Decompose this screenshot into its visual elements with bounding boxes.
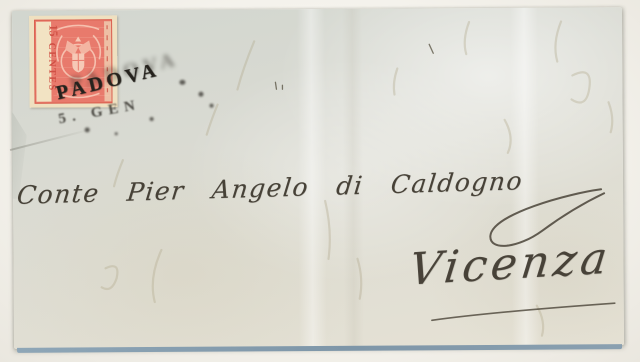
ink-smudge-dot (150, 117, 154, 121)
cover-photo: 15 CENTES (0, 0, 640, 362)
ink-smudge-dot (198, 92, 203, 97)
ink-smudge-dot (210, 104, 214, 108)
letter-cover: 15 CENTES (12, 7, 624, 349)
ink-smudge-dot (115, 132, 118, 135)
ink-smudge-dot (179, 80, 185, 85)
ink-smudge-dot (85, 127, 90, 132)
